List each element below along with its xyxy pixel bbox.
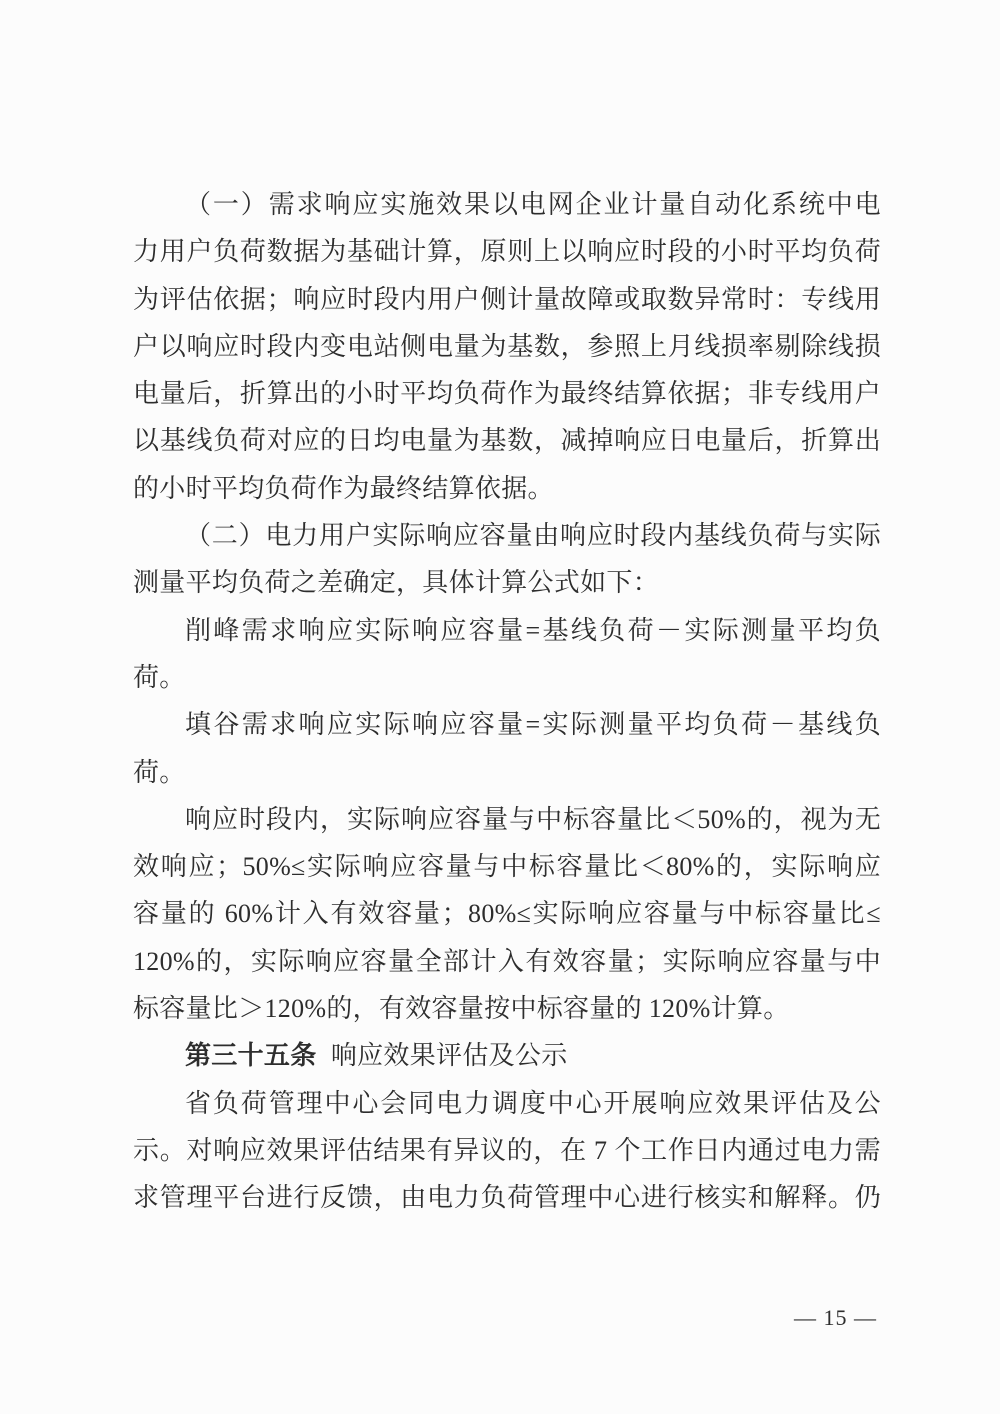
text-line: 为评估依据；响应时段内用户侧计量故障或取数异常时：专线用 — [133, 276, 881, 323]
article-number: 第三十五条 — [185, 1041, 317, 1070]
text-line: 的小时平均负荷作为最终结算依据。 — [133, 465, 881, 512]
text-line: 填谷需求响应实际响应容量=实际测量平均负荷－基线负 — [133, 701, 881, 748]
text-line: 响应时段内，实际响应容量与中标容量比＜50%的，视为无 — [133, 796, 881, 843]
text-line: （一）需求响应实施效果以电网企业计量自动化系统中电 — [133, 181, 881, 228]
text-line: 荷。 — [133, 654, 881, 701]
text-line: 效响应；50%≤实际响应容量与中标容量比＜80%的，实际响应 — [133, 843, 881, 890]
article-heading: 第三十五条响应效果评估及公示 — [133, 1032, 881, 1079]
page-number: — 15 — — [794, 1303, 877, 1333]
text-line: 容量的 60%计入有效容量；80%≤实际响应容量与中标容量比≤ — [133, 890, 881, 937]
text-line: 120%的，实际响应容量全部计入有效容量；实际响应容量与中 — [133, 938, 881, 985]
article-title: 响应效果评估及公示 — [331, 1041, 568, 1070]
text-line: 标容量比＞120%的，有效容量按中标容量的 120%计算。 — [133, 985, 881, 1032]
text-line: 求管理平台进行反馈，由电力负荷管理中心进行核实和解释。仍 — [133, 1174, 881, 1221]
text-line: 省负荷管理中心会同电力调度中心开展响应效果评估及公 — [133, 1080, 881, 1127]
text-line: 以基线负荷对应的日均电量为基数，减掉响应日电量后，折算出 — [133, 417, 881, 464]
text-line: 测量平均负荷之差确定，具体计算公式如下： — [133, 559, 881, 606]
text-line: 力用户负荷数据为基础计算，原则上以响应时段的小时平均负荷 — [133, 228, 881, 275]
text-line: （二）电力用户实际响应容量由响应时段内基线负荷与实际 — [133, 512, 881, 559]
document-page: （一）需求响应实施效果以电网企业计量自动化系统中电 力用户负荷数据为基础计算，原… — [0, 0, 1000, 1414]
text-line: 荷。 — [133, 749, 881, 796]
text-line: 示。对响应效果评估结果有异议的，在 7 个工作日内通过电力需 — [133, 1127, 881, 1174]
text-line: 户以响应时段内变电站侧电量为基数，参照上月线损率剔除线损 — [133, 323, 881, 370]
text-line: 电量后，折算出的小时平均负荷作为最终结算依据；非专线用户 — [133, 370, 881, 417]
document-body: （一）需求响应实施效果以电网企业计量自动化系统中电 力用户负荷数据为基础计算，原… — [133, 181, 881, 1222]
text-line: 削峰需求响应实际响应容量=基线负荷－实际测量平均负 — [133, 607, 881, 654]
